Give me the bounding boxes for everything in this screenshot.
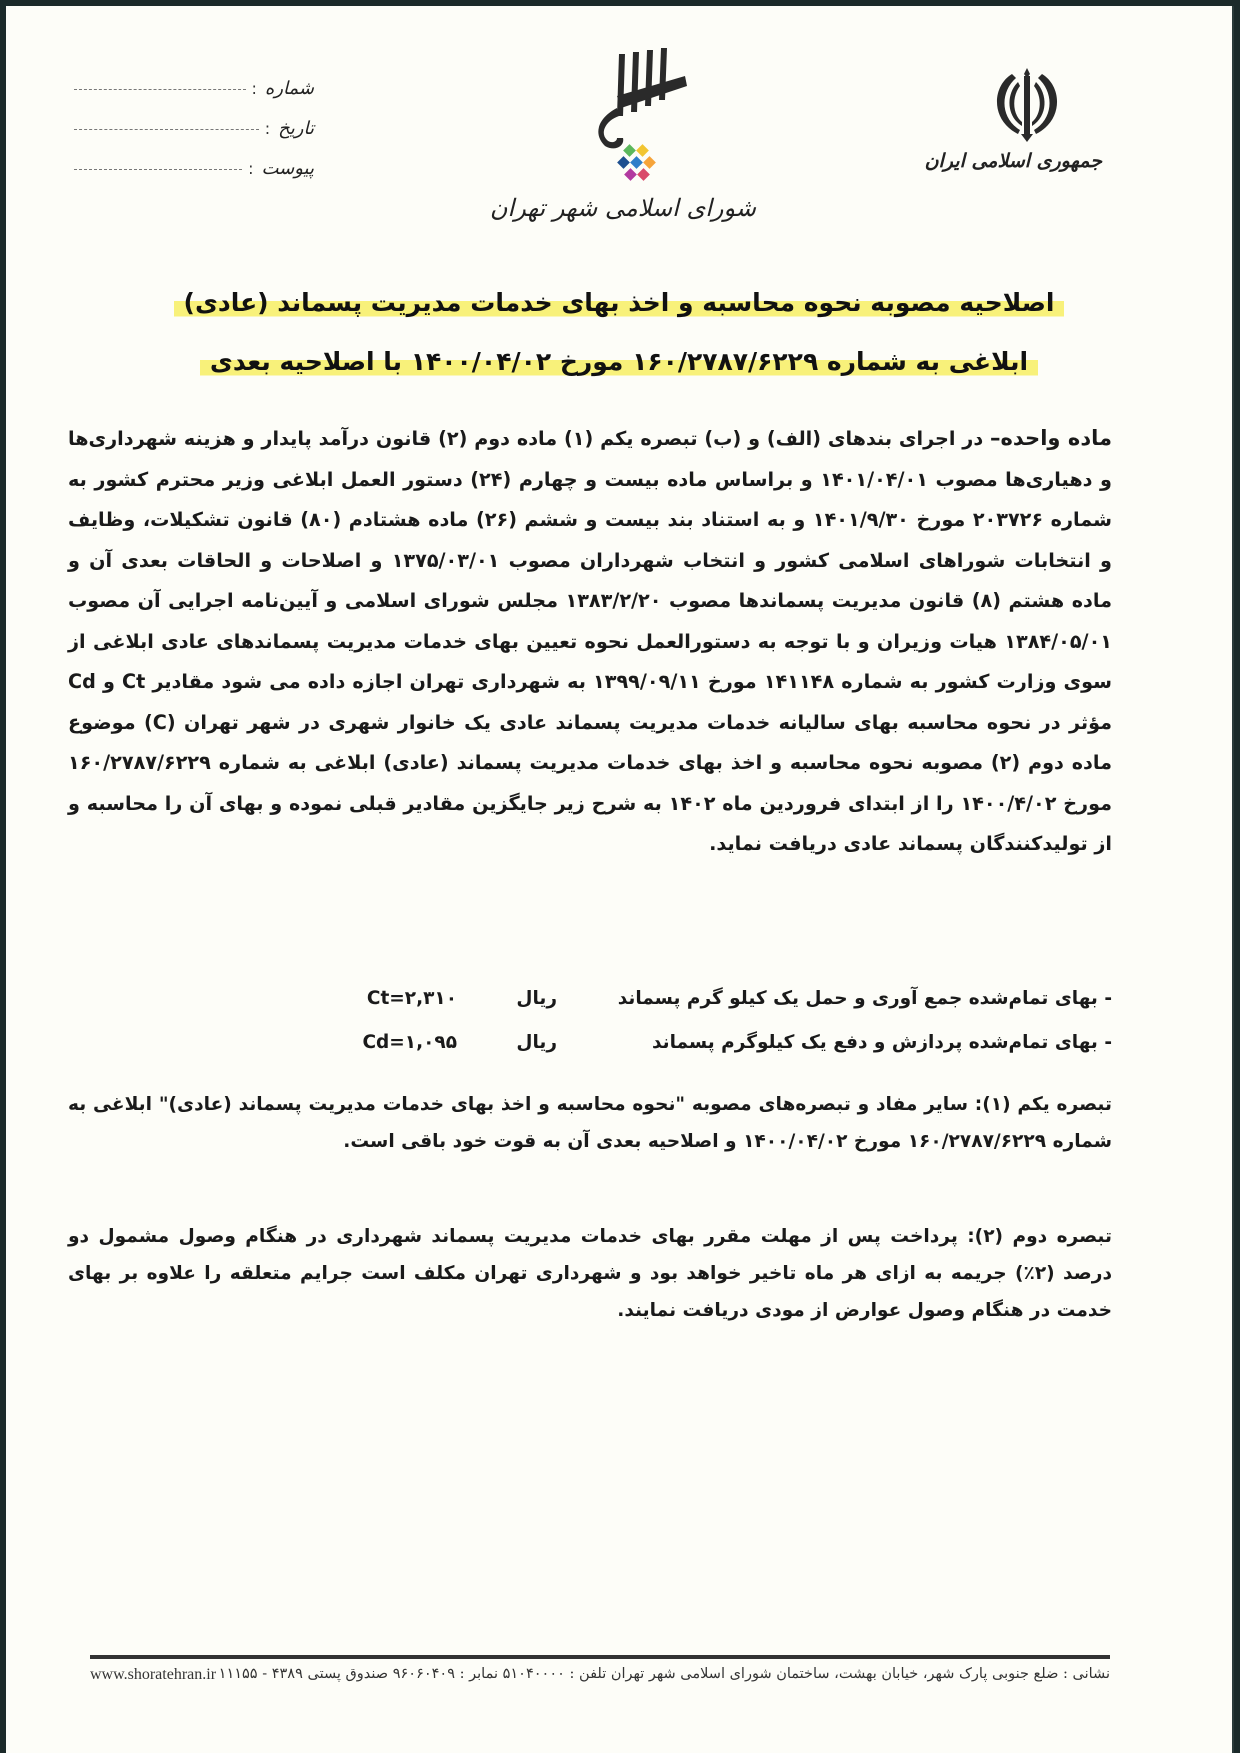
document-title: اصلاحیه مصوبه نحوه محاسبه و اخذ بهای خدم…: [6, 286, 1232, 378]
meta-colon: :: [265, 119, 270, 138]
emblem-caption: جمهوری اسلامی ایران: [952, 150, 1102, 172]
title-line-1: اصلاحیه مصوبه نحوه محاسبه و اخذ بهای خدم…: [174, 286, 1065, 319]
footer-address: نشانی : ضلع جنوبی پارک شهر، خیابان بهشت،…: [219, 1666, 1110, 1684]
meta-value-attachment: [74, 168, 242, 170]
letter-meta-fields: شماره : تاریخ : پیوست :: [74, 78, 314, 198]
article-lead: ماده واحده–: [990, 426, 1112, 450]
fee-item-disposal: - بهای تمام‌شده پردازش و دفع یک کیلوگرم …: [68, 1020, 1112, 1064]
meta-row-date: تاریخ :: [74, 118, 314, 158]
fee-label: - بهای تمام‌شده پردازش و دفع یک کیلوگرم …: [557, 1032, 1112, 1053]
iran-emblem-block: جمهوری اسلامی ایران: [952, 64, 1102, 172]
meta-row-number: شماره :: [74, 78, 314, 118]
footer-divider: [90, 1655, 1110, 1659]
meta-colon: :: [248, 159, 253, 178]
title-line-2: ابلاغی به شماره ۱۶۰/۲۷۸۷/۶۲۲۹ مورخ ۱۴۰۰/…: [200, 345, 1038, 378]
meta-value-date: [74, 128, 259, 130]
article-text: در اجرای بندهای (الف) و (ب) تبصره یکم (۱…: [68, 427, 1112, 855]
meta-value-number: [74, 88, 246, 90]
council-logo-block: شورای اسلامی شهر تهران: [496, 46, 756, 222]
meta-colon: :: [252, 79, 257, 98]
fee-item-collection: - بهای تمام‌شده جمع آوری و حمل یک کیلو گ…: [68, 976, 1112, 1020]
footer-website-link[interactable]: www.shoratehran.ir: [90, 1666, 216, 1684]
footer: نشانی : ضلع جنوبی پارک شهر، خیابان بهشت،…: [90, 1666, 1110, 1684]
fee-unit: ریال: [457, 1032, 557, 1053]
meta-label-number: شماره: [265, 78, 314, 99]
tehran-city-council-logo-icon: [561, 46, 691, 186]
fee-unit: ریال: [457, 988, 557, 1009]
meta-row-attachment: پیوست :: [74, 158, 314, 198]
iran-emblem-icon: [982, 64, 1072, 144]
meta-label-date: تاریخ: [278, 118, 314, 139]
fee-label: - بهای تمام‌شده جمع آوری و حمل یک کیلو گ…: [557, 988, 1112, 1009]
fee-value-ct: Ct=۲,۳۱۰: [367, 988, 457, 1009]
single-article-body: ماده واحده– در اجرای بندهای (الف) و (ب) …: [68, 418, 1112, 865]
fee-list: - بهای تمام‌شده جمع آوری و حمل یک کیلو گ…: [68, 976, 1112, 1064]
note-one: تبصره یکم (۱): سایر مفاد و تبصره‌های مصو…: [68, 1086, 1112, 1160]
council-caption: شورای اسلامی شهر تهران: [496, 194, 756, 222]
fee-value-cd: Cd=۱,۰۹۵: [362, 1032, 457, 1053]
note-two: تبصره دوم (۲): پرداخت پس از مهلت مقرر به…: [68, 1218, 1112, 1329]
meta-label-attachment: پیوست: [262, 158, 315, 179]
letter-page: جمهوری اسلامی ایران شورای اسلام: [6, 6, 1234, 1753]
